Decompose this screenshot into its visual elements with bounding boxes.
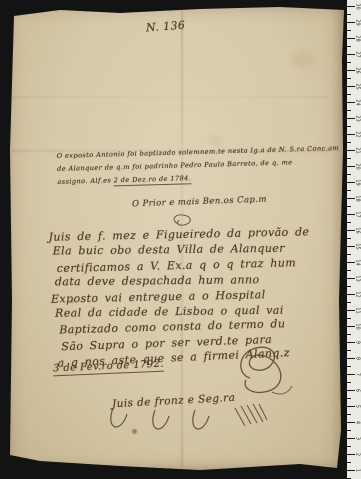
ruler-tick-minor [347,446,351,447]
rubric-flourish [222,336,300,400]
ruler-tick-minor [347,174,351,175]
ruler-tick-minor [347,430,351,431]
ruler-number: 9 [355,339,360,347]
ruler-tick-minor [347,254,351,255]
ruler-tick-minor [347,30,351,31]
ruler-number: 14 [355,259,360,267]
ruler-number: 10 [355,323,360,331]
ruler-number: 4 [355,419,360,427]
ruler-number: 5 [355,403,360,411]
ruler-tick-minor [347,286,351,287]
ruler-number: 12 [355,291,360,299]
document-number: N. 136 [146,19,186,35]
ruler-tick-minor [347,126,351,127]
ruler-tick-minor [347,222,351,223]
ruler-tick-minor [347,414,351,415]
ruler-number: 3 [355,435,360,443]
ruler-tick-minor [347,462,351,463]
ruler-number: 19 [355,179,360,187]
ruler-number: 21 [355,147,360,155]
ruler-tick-minor [347,398,351,399]
ruler-number: 2 [355,451,360,459]
ruler-number: 27 [355,51,360,59]
ruler-number: 23 [355,115,360,123]
ruler-number: 6 [355,387,360,395]
ruler-number: 28 [355,35,360,43]
marginal-annotation: O exposto Antonio foi baptizado solemnem… [57,142,341,189]
document-paper: N. 136 O exposto Antonio foi baptizado s… [0,0,347,479]
horizontal-fold-crease [12,96,329,98]
ruler-tick-minor [347,302,351,303]
ruler-number: 20 [355,163,360,171]
ruler-tick-minor [347,14,351,15]
ruler-tick-minor [347,190,351,191]
signature-flourish [95,404,285,440]
ruler-tick-minor [347,110,351,111]
ruler-scale: 3029282726252423222120191817161514131211… [347,0,361,479]
ruler-number: 30 [355,3,360,11]
ruler-tick-minor [347,46,351,47]
ruler-number: 25 [355,83,360,91]
annotation-text: assigno. Alf.es [57,176,113,186]
ruler-tick-minor [347,270,351,271]
ruler-number: 11 [355,307,360,315]
annotation-date-underlined: 2 de Dez.ro de 1784. [114,174,192,186]
ruler-tick-minor [347,350,351,351]
ruler-tick-minor [347,62,351,63]
photo-stage: N. 136 O exposto Antonio foi baptizado s… [0,0,361,479]
ruler-number: 22 [355,131,360,139]
ruler-number: 24 [355,99,360,107]
ruler-tick-minor [347,318,351,319]
paper-stain [292,52,314,68]
opening-flourish [168,212,200,228]
ruler-tick-minor [347,238,351,239]
ruler-number: 15 [355,243,360,251]
ruler-number: 16 [355,227,360,235]
ruler-tick-minor [347,94,351,95]
ruler-number: 8 [355,355,360,363]
ruler-number: 18 [355,195,360,203]
ruler-tick-minor [347,142,351,143]
ruler-number: 1 [355,467,360,475]
ruler-tick-minor [347,158,351,159]
ruler-tick-minor [347,206,351,207]
ruler-number: 7 [355,371,360,379]
ruler-number: 29 [355,19,360,27]
ruler-number: 17 [355,211,360,219]
ruler-number: 26 [355,67,360,75]
ruler-tick-minor [347,78,351,79]
ruler-tick-minor [347,382,351,383]
letter-heading: O Prior e mais Ben.os Cap.m [132,195,267,210]
ruler-tick-minor [347,366,351,367]
ruler-number: 13 [355,275,360,283]
ruler-tick-minor [347,334,351,335]
